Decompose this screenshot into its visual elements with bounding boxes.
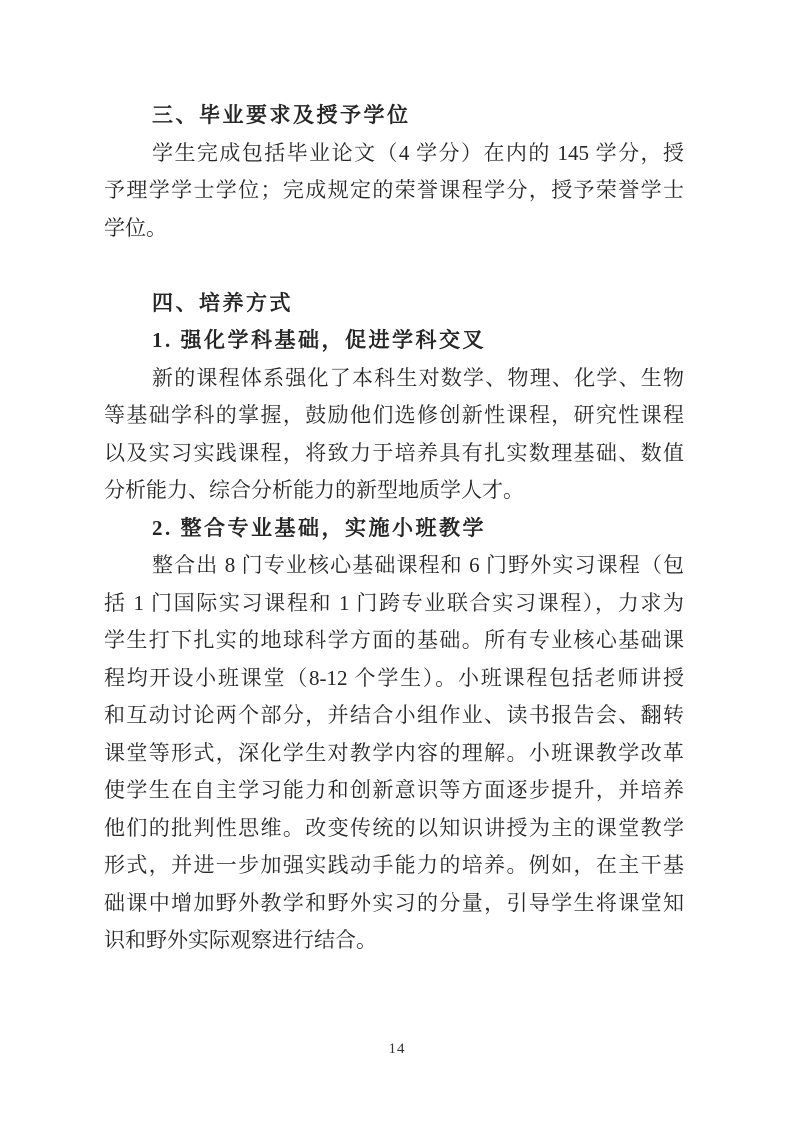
document-paragraph: 整合出 8 门专业核心基础课程和 6 门野外实习课程（包括 1 门国际实习课程和… (104, 547, 684, 960)
paragraph-line: 学生完成包括毕业论文（4 学分）在内的 145 学分，授 (104, 135, 684, 173)
document-paragraph: 新的课程体系强化了本科生对数学、物理、化学、生物等基础学科的掌握，鼓励他们选修创… (104, 360, 684, 510)
paragraph-line: 括 1 门国际实习课程和 1 门跨专业联合实习课程），力求为 (104, 585, 684, 623)
section-heading: 1. 强化学科基础，促进学科交叉 (104, 322, 684, 360)
paragraph-line: 和互动讨论两个部分，并结合小组作业、读书报告会、翻转 (104, 697, 684, 735)
document-body: 三、毕业要求及授予学位学生完成包括毕业论文（4 学分）在内的 145 学分，授予… (104, 97, 684, 960)
paragraph-line: 等基础学科的掌握，鼓励他们选修创新性课程，研究性课程 (104, 397, 684, 435)
paragraph-spacer (104, 247, 684, 285)
paragraph-line: 程均开设小班课堂（8-12 个学生）。小班课程包括老师讲授 (104, 660, 684, 698)
paragraph-line: 以及实习实践课程，将致力于培养具有扎实数理基础、数值 (104, 435, 684, 473)
paragraph-line: 形式，并进一步加强实践动手能力的培养。例如，在主干基 (104, 847, 684, 885)
paragraph-line: 学位。 (104, 210, 684, 248)
paragraph-line: 识和野外实际观察进行结合。 (104, 922, 684, 960)
paragraph-line: 整合出 8 门专业核心基础课程和 6 门野外实习课程（包 (104, 547, 684, 585)
paragraph-line: 他们的批判性思维。改变传统的以知识讲授为主的课堂教学 (104, 810, 684, 848)
paragraph-line: 学生打下扎实的地球科学方面的基础。所有专业核心基础课 (104, 622, 684, 660)
paragraph-line: 使学生在自主学习能力和创新意识等方面逐步提升，并培养 (104, 772, 684, 810)
document-paragraph: 学生完成包括毕业论文（4 学分）在内的 145 学分，授予理学学士学位；完成规定… (104, 135, 684, 248)
document-page: 三、毕业要求及授予学位学生完成包括毕业论文（4 学分）在内的 145 学分，授予… (0, 0, 794, 1123)
paragraph-line: 予理学学士学位；完成规定的荣誉课程学分，授予荣誉学士 (104, 172, 684, 210)
paragraph-line: 础课中增加野外教学和野外实习的分量，引导学生将课堂知 (104, 885, 684, 923)
paragraph-line: 课堂等形式，深化学生对教学内容的理解。小班课教学改革 (104, 735, 684, 773)
page-number: 14 (0, 1039, 794, 1059)
section-heading: 四、培养方式 (104, 285, 684, 323)
paragraph-line: 分析能力、综合分析能力的新型地质学人才。 (104, 472, 684, 510)
paragraph-line: 新的课程体系强化了本科生对数学、物理、化学、生物 (104, 360, 684, 398)
section-heading: 2. 整合专业基础，实施小班教学 (104, 510, 684, 548)
section-heading: 三、毕业要求及授予学位 (104, 97, 684, 135)
